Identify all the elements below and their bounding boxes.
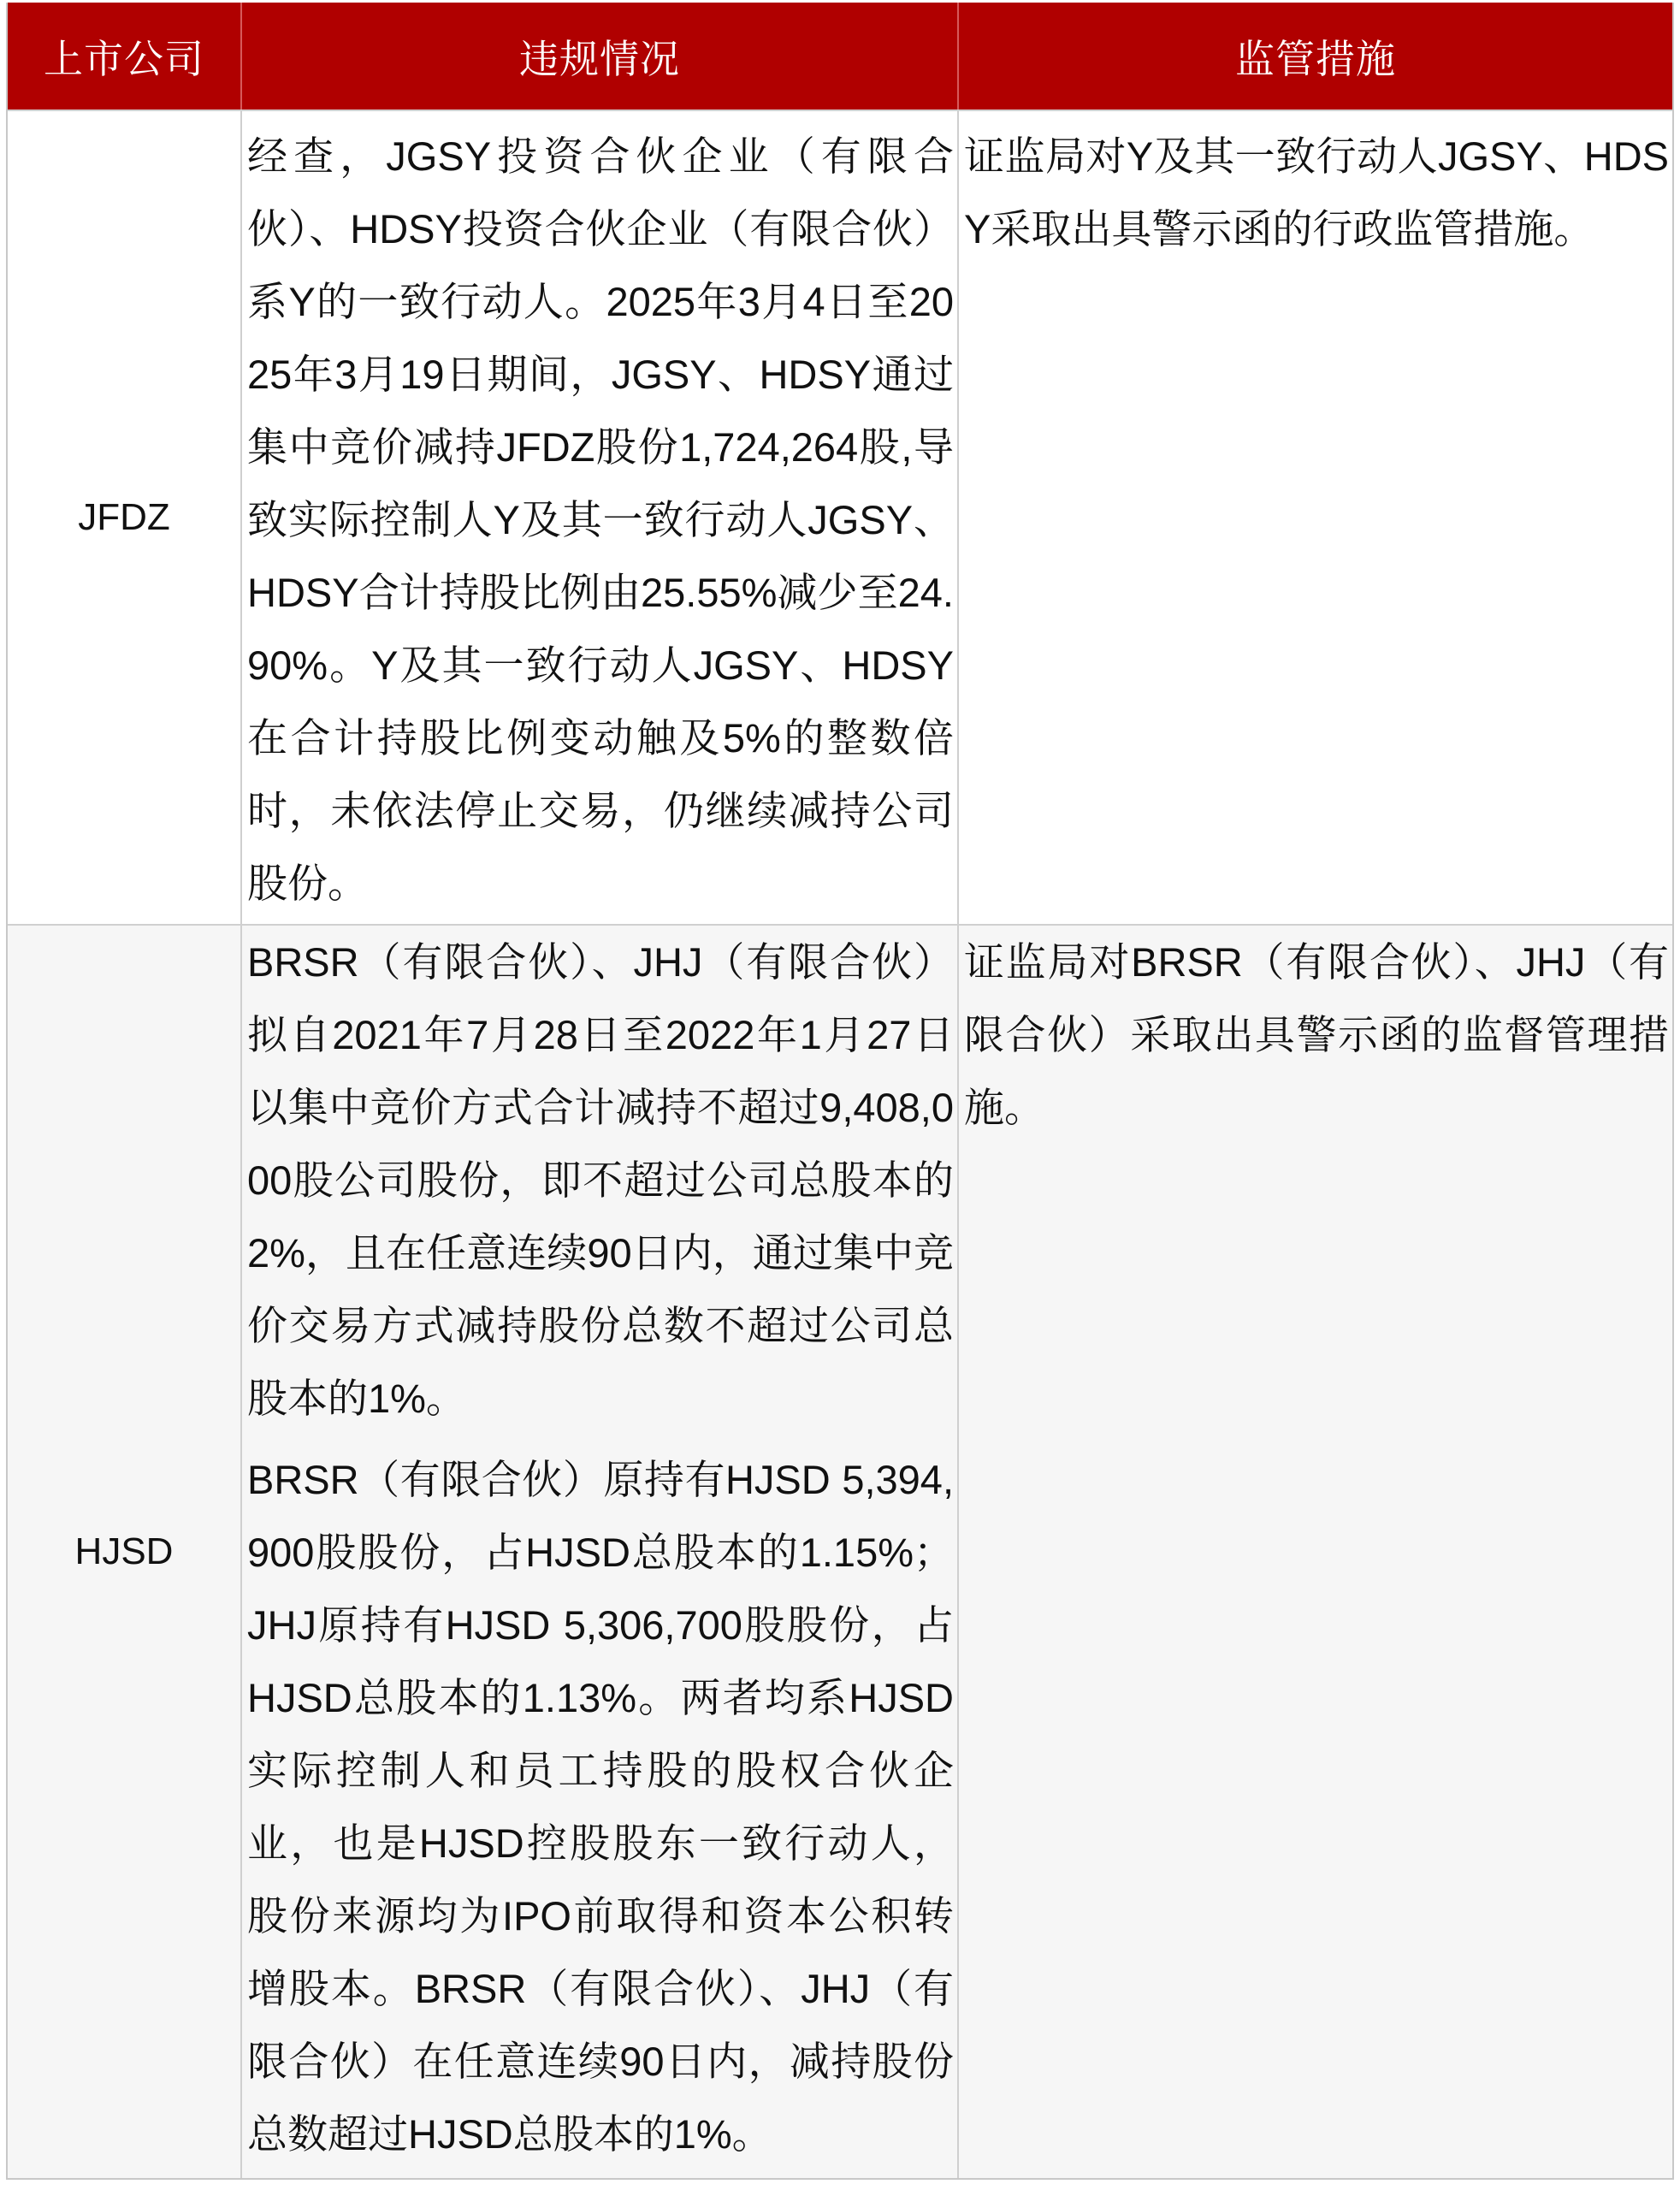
violation-cell: BRSR（有限合伙）、JHJ（有限合伙）拟自2021年7月28日至2022年1月… [240,926,957,2178]
company-name: JFDZ [78,496,170,539]
table-header-row: 上市公司 违规情况 监管措施 [8,3,1672,109]
measure-cell: 证监局对BRSR（有限合伙）、JHJ（有限合伙）采取出具警示函的监督管理措施。 [957,926,1672,2178]
header-regulatory-measure: 监管措施 [957,3,1672,109]
table-row: JFDZ 经查，JGSY投资合伙企业（有限合伙）、HDSY投资合伙企业（有限合伙… [8,109,1672,924]
header-violation: 违规情况 [240,3,957,109]
regulation-table: 上市公司 违规情况 监管措施 JFDZ 经查，JGSY投资合伙企业（有限合伙）、… [6,3,1674,2180]
table-row: HJSD BRSR（有限合伙）、JHJ（有限合伙）拟自2021年7月28日至20… [8,924,1672,2178]
company-name: HJSD [75,1530,174,1573]
company-cell: HJSD [8,926,240,2178]
measure-cell: 证监局对Y及其一致行动人JGSY、HDSY采取出具警示函的行政监管措施。 [957,111,1672,924]
measure-text: 证监局对Y及其一致行动人JGSY、HDSY采取出具警示函的行政监管措施。 [964,120,1669,265]
company-cell: JFDZ [8,111,240,924]
violation-paragraph: BRSR（有限合伙）原持有HJSD 5,394,900股股份，占HJSD总股本的… [247,1443,954,2170]
header-listed-company: 上市公司 [8,3,240,109]
violation-paragraph: BRSR（有限合伙）、JHJ（有限合伙）拟自2021年7月28日至2022年1月… [247,926,954,1435]
violation-paragraph: 经查，JGSY投资合伙企业（有限合伙）、HDSY投资合伙企业（有限合伙）系Y的一… [247,120,954,920]
violation-cell: 经查，JGSY投资合伙企业（有限合伙）、HDSY投资合伙企业（有限合伙）系Y的一… [240,111,957,924]
measure-text: 证监局对BRSR（有限合伙）、JHJ（有限合伙）采取出具警示函的监督管理措施。 [964,926,1669,1144]
